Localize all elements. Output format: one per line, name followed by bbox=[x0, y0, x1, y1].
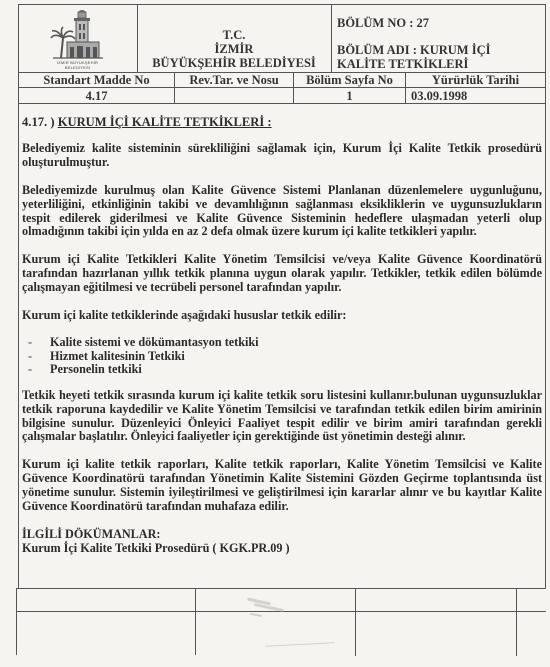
paragraph-audit-scope-intro: Kurum içi kalite tetkiklerinde aşağıdaki… bbox=[22, 309, 542, 323]
column-header-effective-date: Yürürlük Tarihi bbox=[406, 73, 545, 88]
paragraph-audit-frequency: Belediyemizde kurulmuş olan Kalite Güven… bbox=[22, 184, 542, 240]
section-number: BÖLÜM NO : 27 bbox=[337, 16, 429, 30]
section-info: BÖLÜM NO : 27 BÖLÜM ADI : KURUM İÇİ KALİ… bbox=[333, 4, 546, 72]
organization-title: T.C. İZMİR BÜYÜKŞEHİR BELEDİYESİ bbox=[137, 4, 331, 72]
bullet-dash: - bbox=[22, 336, 50, 350]
scan-smudge bbox=[250, 613, 262, 617]
municipality-logo: İZMİR BÜYÜKŞEHİR BELEDİYESİ bbox=[20, 6, 135, 72]
footer-col-divider-2 bbox=[355, 588, 356, 656]
footer-right-border bbox=[516, 588, 517, 656]
bullet-dash: - bbox=[22, 350, 50, 364]
title-line-tc: T.C. bbox=[223, 28, 246, 42]
list-item: - Personelin tetkiki bbox=[22, 363, 542, 377]
column-header-revision: Rev.Tar. ve Nosu bbox=[175, 73, 293, 88]
logo-caption: İZMİR BÜYÜKŞEHİR BELEDİYESİ bbox=[57, 60, 98, 70]
footer-col-divider-1 bbox=[195, 588, 196, 655]
list-item: - Kalite sistemi ve dökümantasyon tetkik… bbox=[22, 336, 542, 350]
paragraph-audit-planning: Kurum içi Kalite Tetkikleri Kalite Yönet… bbox=[22, 253, 542, 295]
document-body: 4.17. ) KURUM İÇİ KALİTE TETKİKLERİ : Be… bbox=[22, 108, 542, 556]
scan-smudge bbox=[265, 642, 335, 647]
bullet-dash: - bbox=[22, 363, 50, 377]
list-item-text: Hizmet kalitesinin Tetkiki bbox=[50, 350, 185, 364]
section-name-line-1: BÖLÜM ADI : KURUM İÇİ bbox=[337, 43, 490, 57]
column-header-section-page: Bölüm Sayfa No bbox=[294, 73, 405, 88]
value-section-page: 1 bbox=[294, 88, 405, 104]
list-item-text: Personelin tetkiki bbox=[50, 363, 142, 377]
body-bottom-border bbox=[16, 588, 546, 589]
list-item-text: Kalite sistemi ve dökümantasyon tetkiki bbox=[50, 336, 259, 350]
related-documents-title: İLGİLİ DÖKÜMANLAR: bbox=[22, 528, 542, 542]
title-divider bbox=[331, 4, 332, 72]
related-document-item: Kurum İçi Kalite Tetkiki Prosedürü ( KGK… bbox=[22, 542, 542, 556]
heading-title: KURUM İÇİ KALİTE TETKİKLERİ : bbox=[58, 115, 272, 129]
footer-left-border bbox=[16, 588, 17, 655]
list-item: - Hizmet kalitesinin Tetkiki bbox=[22, 350, 542, 364]
paragraph-audit-reports: Kurum içi kalite tetkik raporları, Kalit… bbox=[22, 458, 542, 514]
frame-right-border bbox=[545, 4, 546, 588]
audit-scope-list: - Kalite sistemi ve dökümantasyon tetkik… bbox=[22, 336, 542, 377]
value-effective-date: 03.09.1998 bbox=[411, 88, 545, 104]
clock-tower-icon bbox=[49, 8, 107, 60]
column-header-standard-article: Standart Madde No bbox=[19, 73, 174, 88]
heading-number: 4.17. ) bbox=[22, 115, 55, 129]
paragraph-purpose: Belediyemiz kalite sisteminin sürekliliğ… bbox=[22, 142, 542, 170]
section-name: BÖLÜM ADI : KURUM İÇİ KALİTE TETKİKLERİ bbox=[337, 43, 490, 71]
title-line-municipality: BÜYÜKŞEHİR BELEDİYESİ bbox=[152, 56, 316, 70]
paragraph-audit-findings: Tetkik heyeti tetkik sırasında kurum içi… bbox=[22, 389, 542, 445]
value-standard-article: 4.17 bbox=[19, 88, 174, 104]
section-heading: 4.17. ) KURUM İÇİ KALİTE TETKİKLERİ : bbox=[22, 116, 542, 130]
section-name-line-2: KALİTE TETKİKLERİ bbox=[337, 57, 490, 71]
title-line-city: İZMİR bbox=[215, 42, 254, 56]
